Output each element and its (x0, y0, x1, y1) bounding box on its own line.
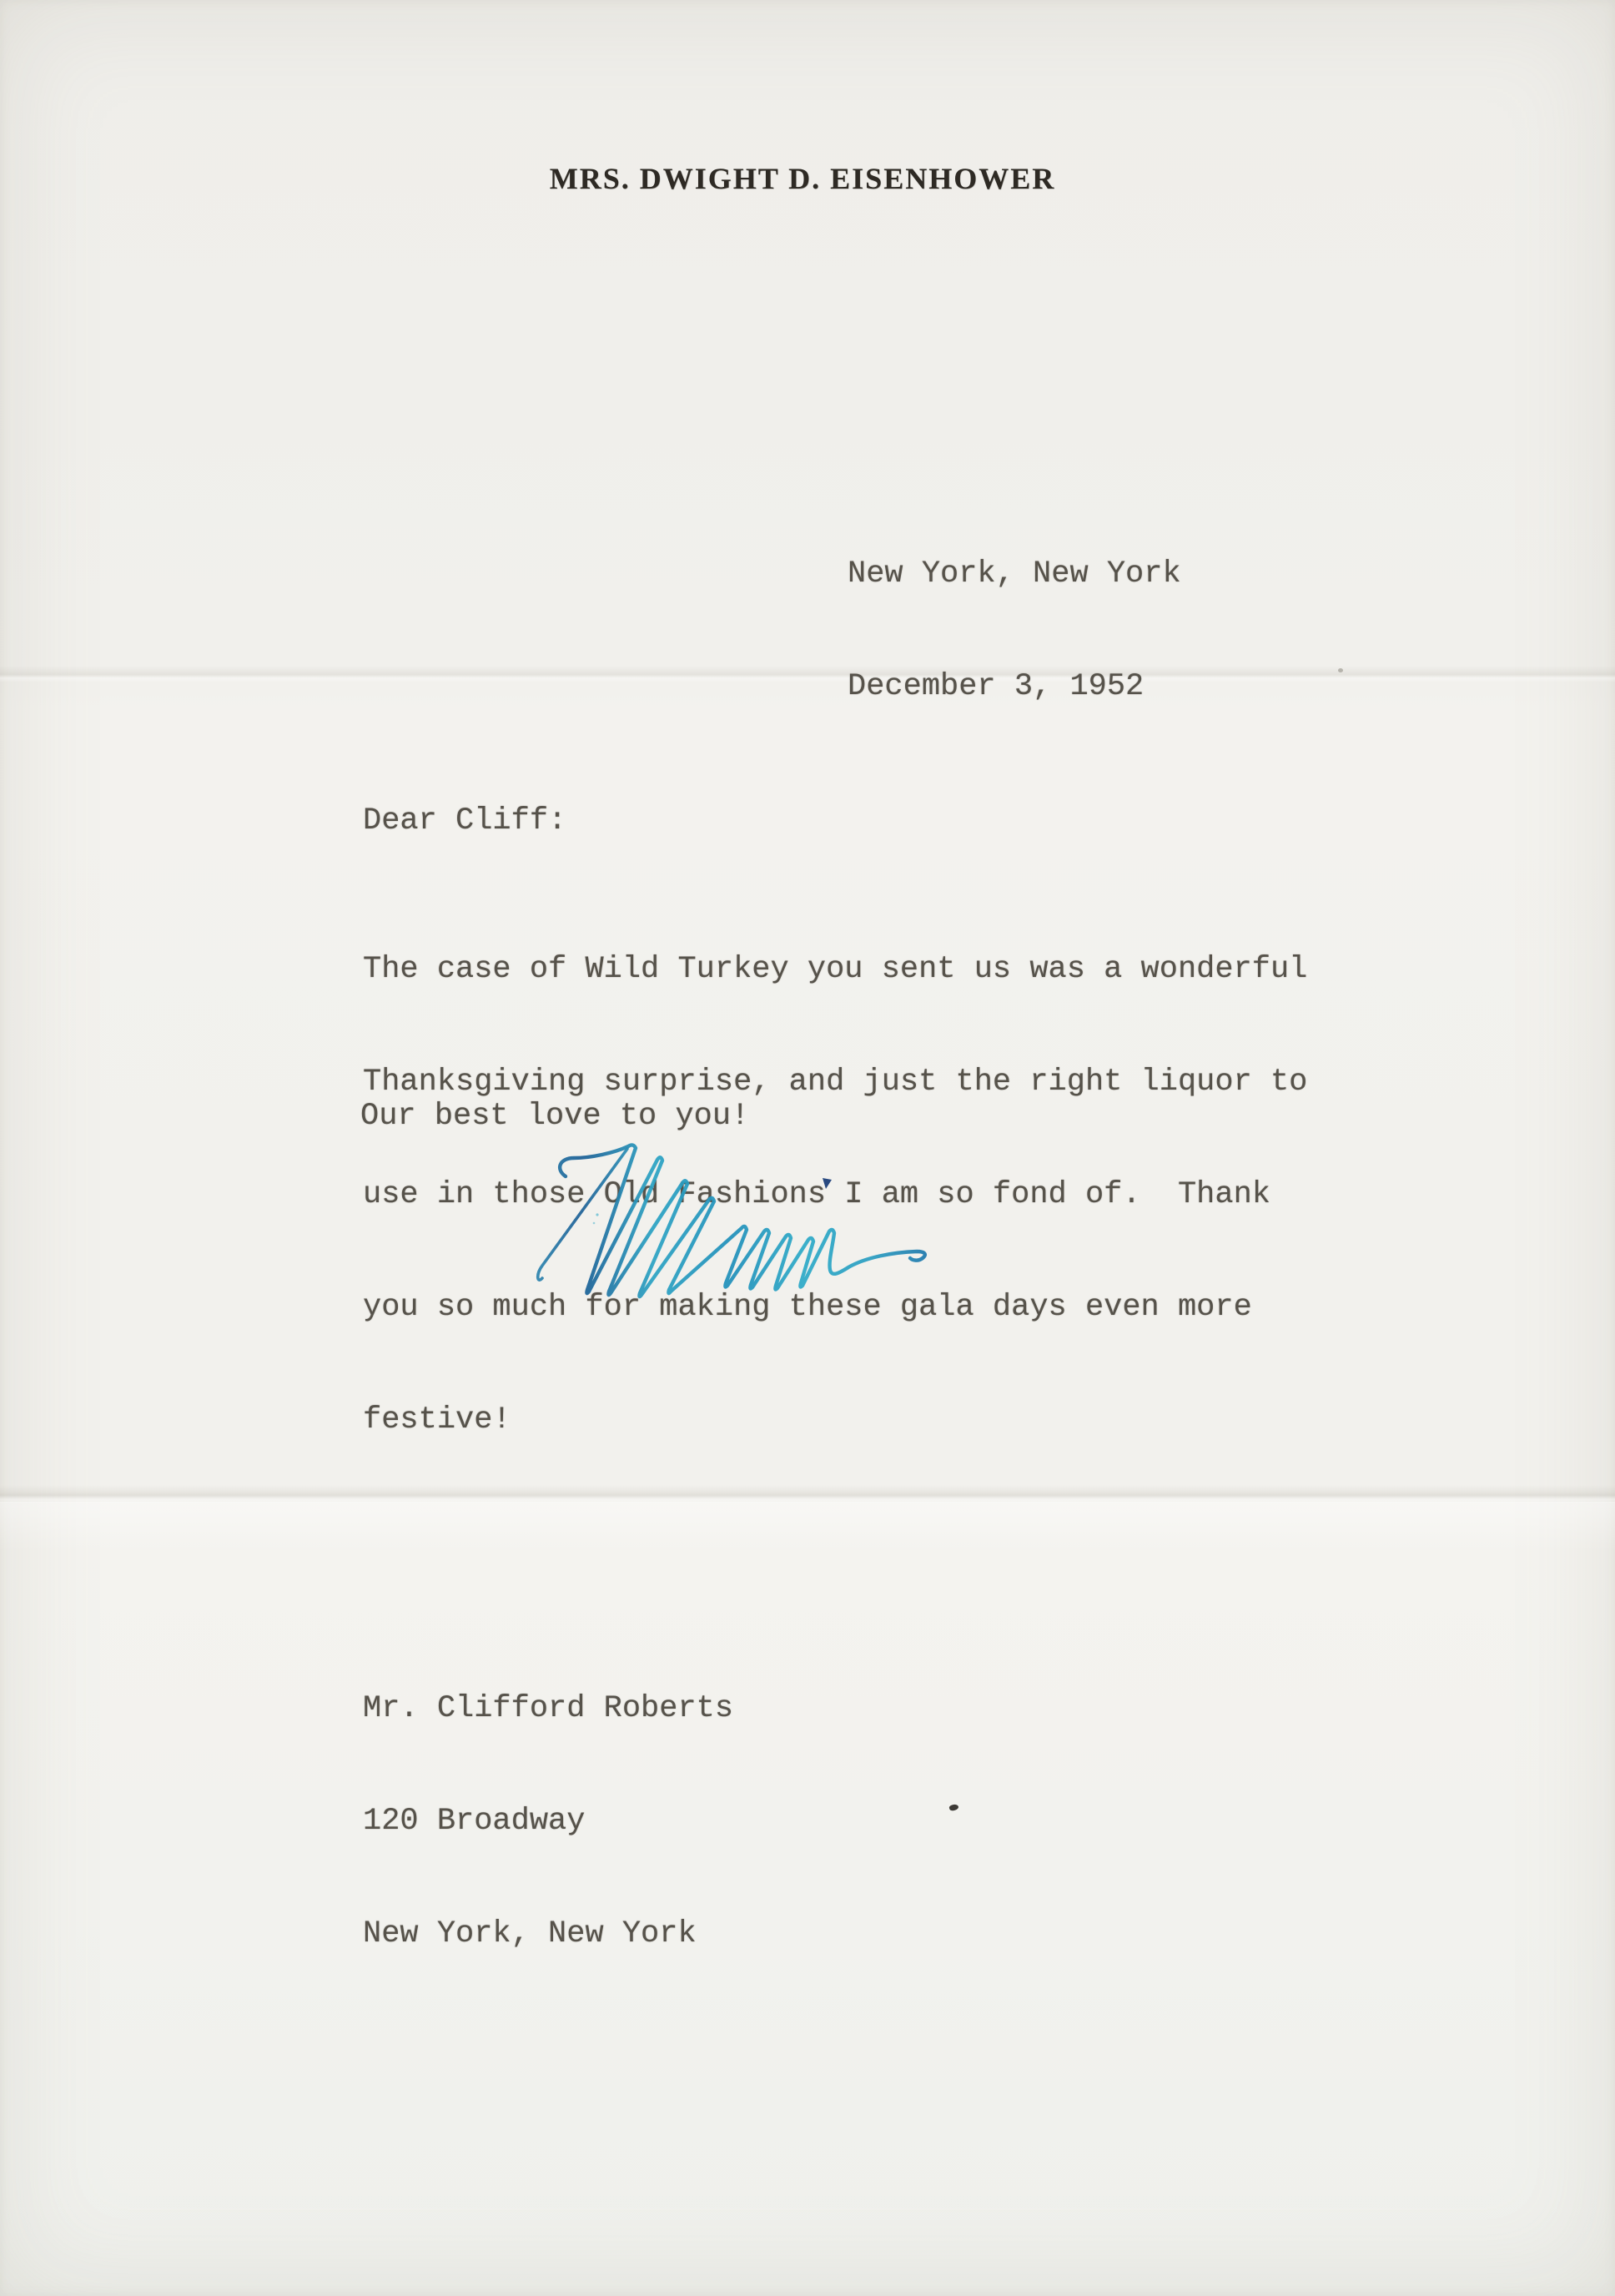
letterhead-title: MRS. DWIGHT D. EISENHOWER (550, 164, 1055, 194)
body-line: festive! (363, 1402, 1307, 1439)
signature-i-dot (823, 1178, 832, 1189)
recipient-city: New York, New York (363, 1916, 733, 1953)
ink-speckle (593, 1222, 596, 1225)
paper-speck (948, 1804, 958, 1812)
fold-crease-top (0, 666, 1615, 682)
dateline-block: New York, New York December 3, 1952 (848, 481, 1181, 781)
dateline-date: December 3, 1952 (848, 668, 1181, 706)
signature-mamie (501, 1135, 968, 1310)
ink-speckle (596, 1213, 598, 1216)
letter-page: MRS. DWIGHT D. EISENHOWER New York, New … (0, 0, 1615, 2296)
paper-speck-faint (1338, 668, 1343, 672)
recipient-name: Mr. Clifford Roberts (363, 1690, 733, 1728)
closing-line: Our best love to you! (360, 1098, 749, 1135)
signature-ink-svg (501, 1135, 968, 1310)
dateline-place: New York, New York (848, 556, 1181, 593)
recipient-street: 120 Broadway (363, 1803, 733, 1840)
salutation: Dear Cliff: (363, 803, 566, 840)
body-line: The case of Wild Turkey you sent us was … (363, 951, 1307, 989)
body-line: Thanksgiving surprise, and just the righ… (363, 1064, 1307, 1101)
recipient-address-block: Mr. Clifford Roberts 120 Broadway New Yo… (363, 1615, 733, 2028)
